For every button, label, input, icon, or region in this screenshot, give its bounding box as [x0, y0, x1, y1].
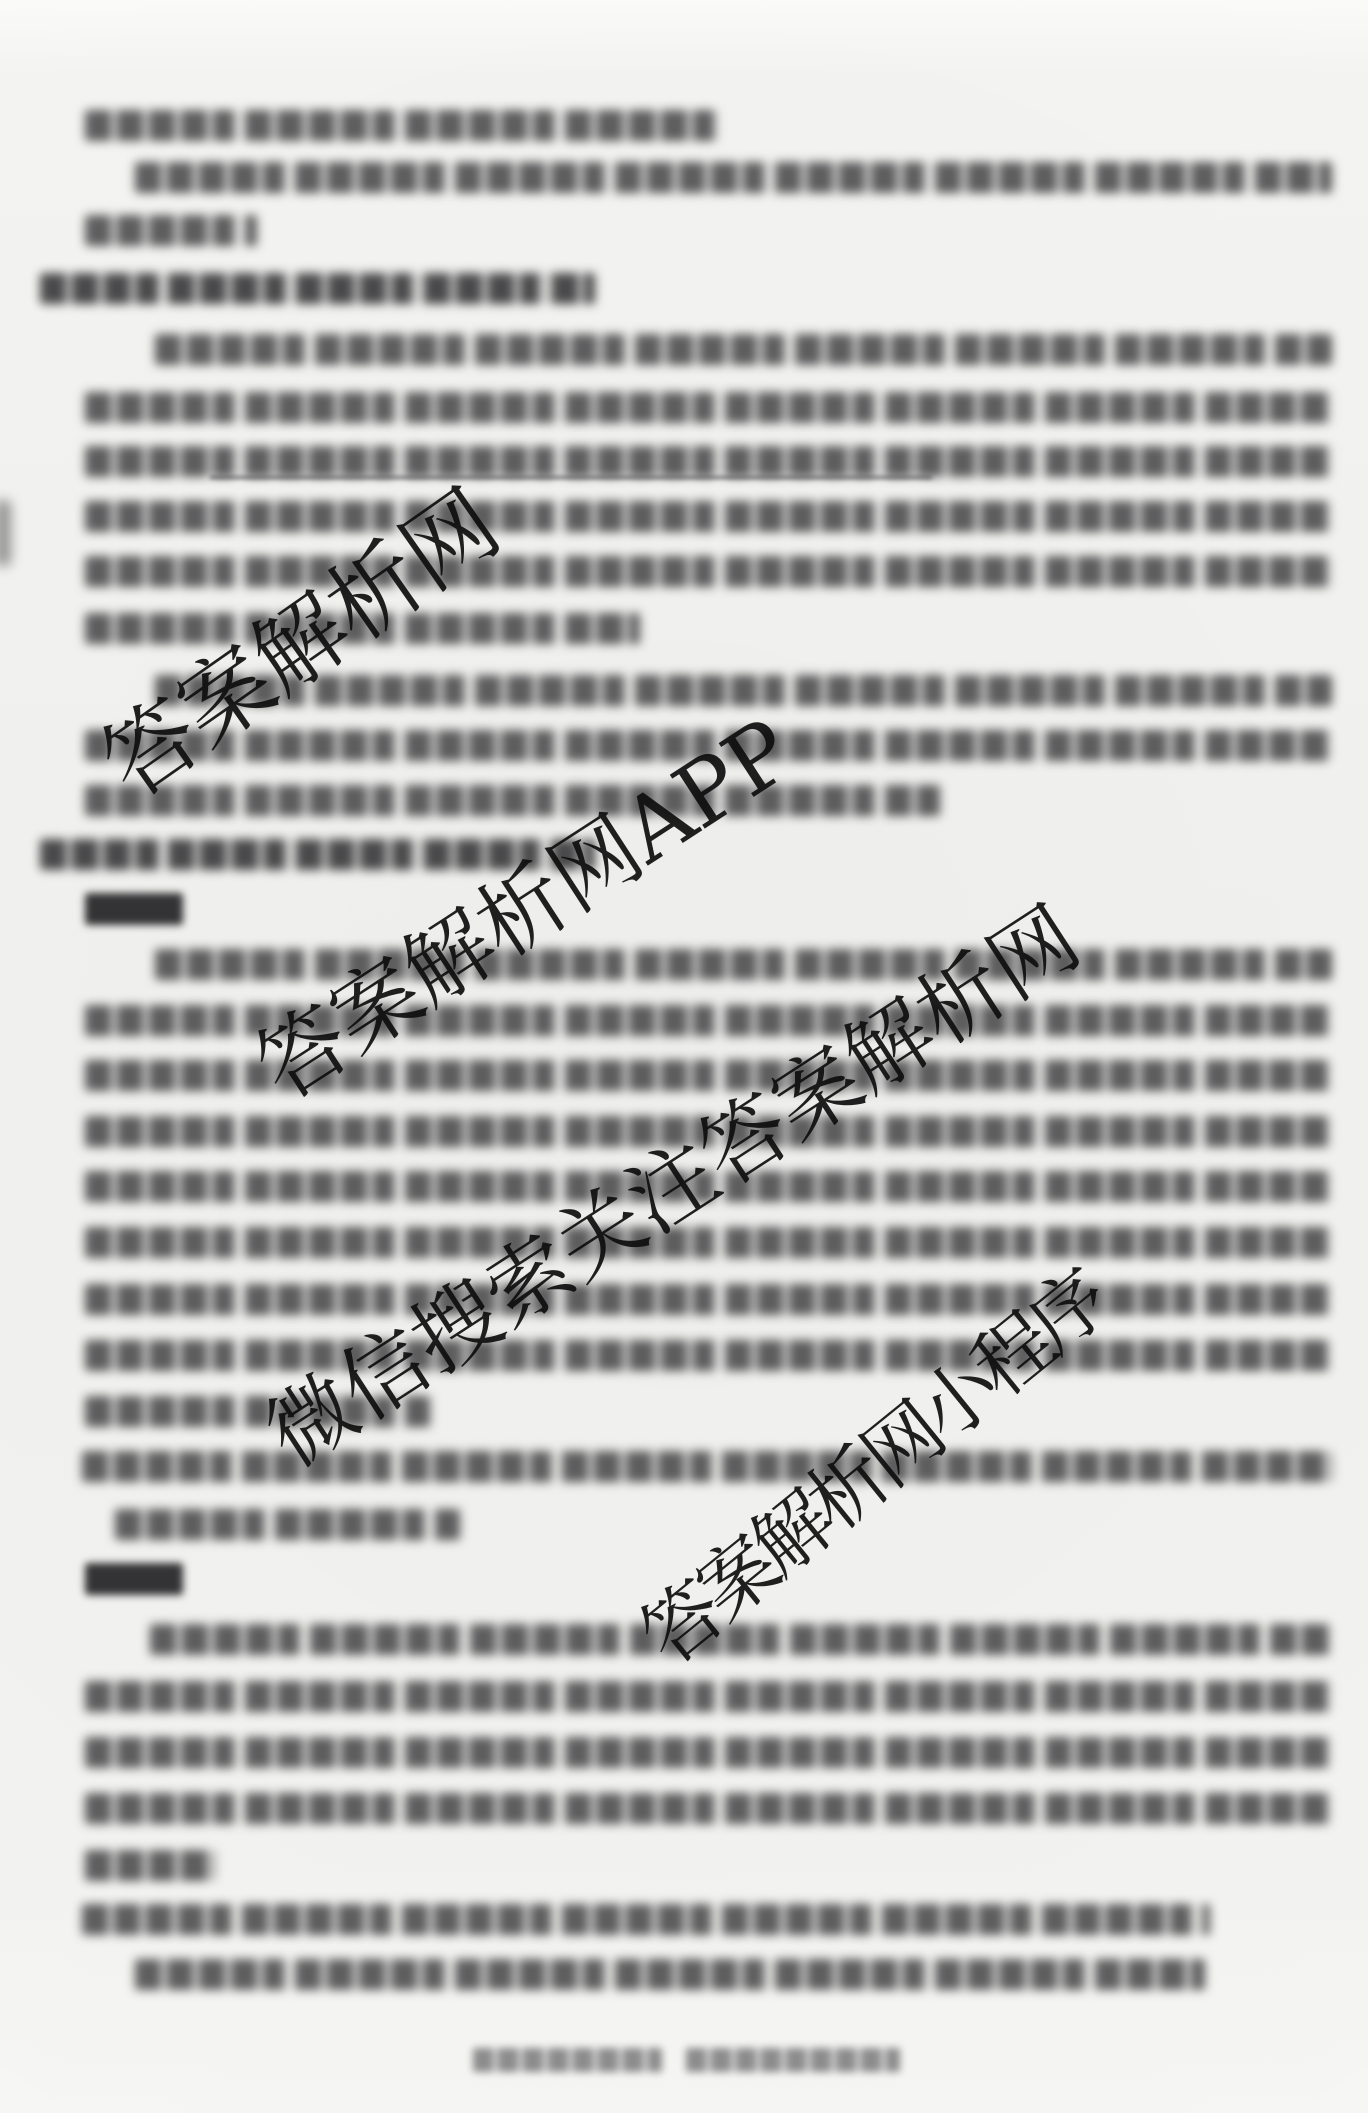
material-1-line-1	[155, 949, 1332, 980]
q28-subquestion-2-line-1	[82, 1904, 1210, 1935]
q27-paragraph-line-2	[85, 392, 1332, 423]
q27-paragraph-line-4	[85, 501, 1332, 532]
watermark-text-2: 答案解析网APP	[243, 706, 806, 1114]
answer-tail-line-2	[135, 162, 1332, 193]
q27-paragraph-line-3	[85, 446, 1332, 477]
document-page: 答案解析网答案解析网APP微信搜索关注答案解析网答案解析网小程序	[0, 0, 1368, 2113]
material-1-line-5	[85, 1171, 1332, 1202]
material-1-line-4	[85, 1116, 1332, 1147]
q27-task-line-1	[155, 675, 1332, 706]
q27-task-line-3	[85, 785, 940, 816]
q27-paragraph-line-1	[155, 334, 1332, 365]
material-2-line-4	[85, 1793, 1332, 1824]
material-2-line-1	[150, 1624, 1332, 1655]
answer-tail-line-1	[85, 110, 720, 141]
material-1-line-9	[85, 1396, 430, 1427]
answer-tail-line-3	[85, 215, 257, 246]
scan-edge-smudge	[0, 500, 11, 566]
material-2-label	[85, 1563, 183, 1595]
material-1-line-3	[85, 1060, 1332, 1091]
material-1-line-2	[85, 1005, 1332, 1036]
material-2-line-3	[85, 1737, 1332, 1768]
material-1-label	[85, 893, 183, 925]
q27-task-line-2	[85, 730, 1332, 761]
question-28-header	[40, 839, 595, 870]
material-1-line-8	[85, 1340, 1332, 1371]
q27-paragraph-line-5	[85, 556, 1332, 587]
footer-text-segment-1	[473, 2048, 662, 2072]
material-2-line-2	[85, 1681, 1332, 1712]
footer-text-segment-2	[686, 2048, 900, 2072]
q28-subquestion-2-line-2	[135, 1959, 1205, 1990]
q28-subquestion-1-line-2	[115, 1509, 460, 1540]
q27-paragraph-line-6	[85, 613, 640, 644]
q28-subquestion-1-line-1	[82, 1451, 1332, 1482]
q27-underline-annotation	[210, 476, 932, 479]
material-2-line-5	[85, 1850, 215, 1881]
material-1-line-7	[85, 1284, 1332, 1315]
material-1-line-6	[85, 1227, 1332, 1258]
question-27-header	[40, 273, 595, 304]
